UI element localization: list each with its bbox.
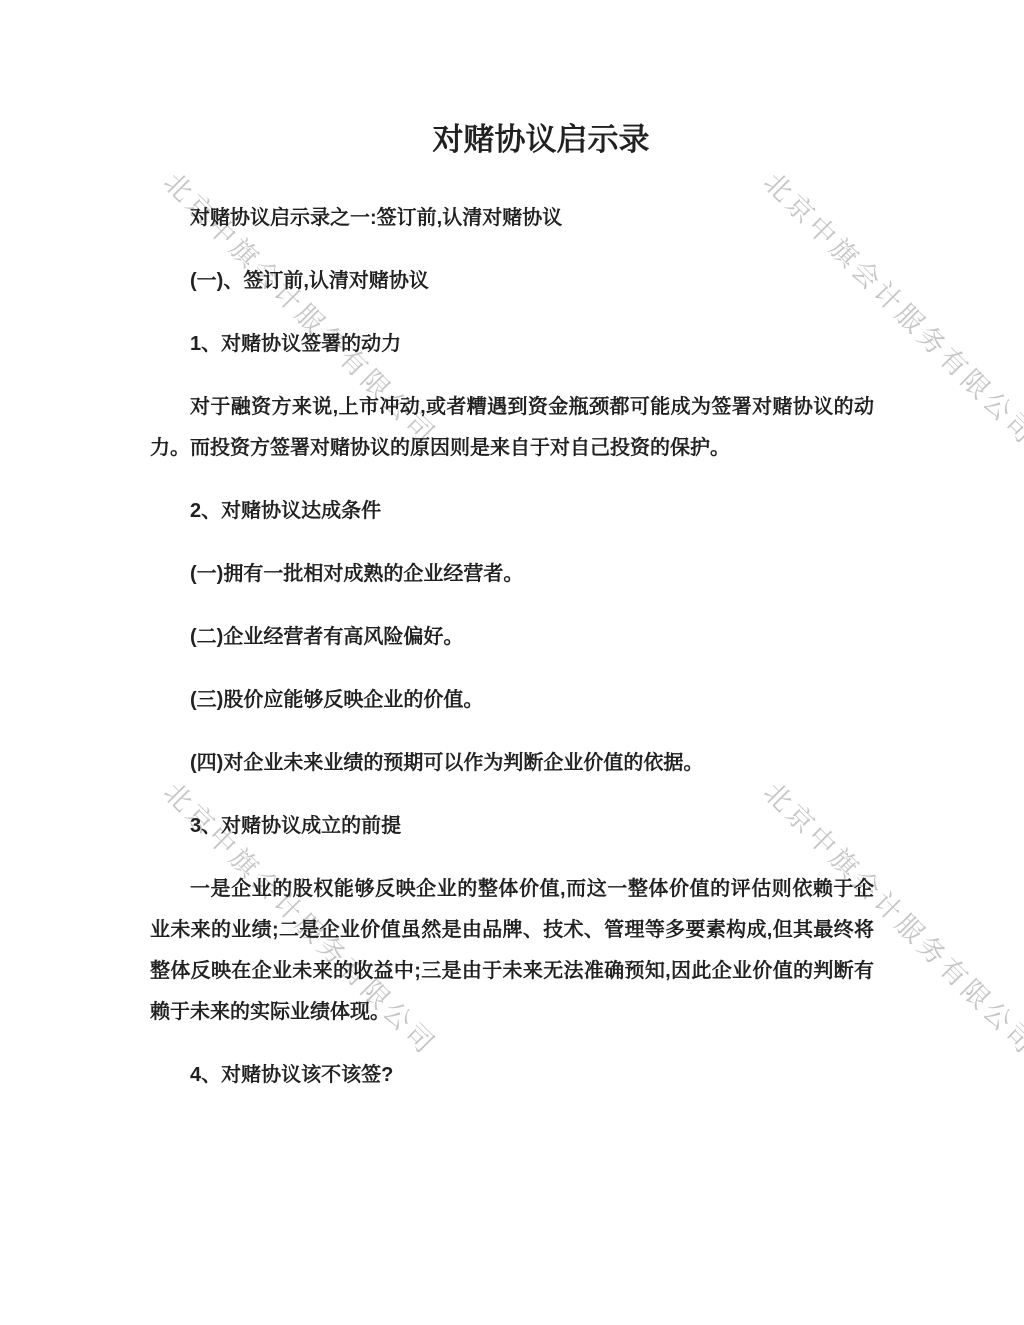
numbered-heading: 1、对赌协议签署的动力	[150, 324, 874, 365]
numbered-heading: 4、对赌协议该不该签?	[150, 1055, 874, 1096]
paragraph: 一是企业的股权能够反映企业的整体价值,而这一整体价值的评估则依赖于企 业未来的业…	[150, 869, 874, 1033]
numbered-heading: 3、对赌协议成立的前提	[150, 806, 874, 847]
paragraph: 对于融资方来说,上市冲动,或者糟遇到资金瓶颈都可能成为签署对赌协议的动 力。而投…	[150, 387, 874, 469]
list-item: (二)企业经营者有高风险偏好。	[150, 617, 874, 658]
paragraph-line: 一是企业的股权能够反映企业的整体价值,而这一整体价值的评估则依赖于企	[150, 869, 874, 910]
paragraph-line: 对于融资方来说,上市冲动,或者糟遇到资金瓶颈都可能成为签署对赌协议的动	[150, 387, 874, 428]
document-body: 对赌协议启示录 对赌协议启示录之一:签订前,认清对赌协议 (一)、签订前,认清对…	[150, 116, 874, 1118]
list-item: (一)拥有一批相对成熟的企业经营者。	[150, 554, 874, 595]
numbered-heading: 2、对赌协议达成条件	[150, 491, 874, 532]
paragraph-line: 赖于未来的实际业绩体现。	[150, 992, 874, 1033]
document-page: 北京中旗会计服务有限公司 北京中旗会计服务有限公司 北京中旗会计服务有限公司 北…	[0, 0, 1024, 1325]
subtitle-line: 对赌协议启示录之一:签订前,认清对赌协议	[150, 198, 874, 239]
list-item: (四)对企业未来业绩的预期可以作为判断企业价值的依据。	[150, 743, 874, 784]
paragraph-line: 业未来的业绩;二是企业价值虽然是由品牌、技术、管理等多要素构成,但其最终将	[150, 910, 874, 951]
section-heading: (一)、签订前,认清对赌协议	[150, 261, 874, 302]
paragraph-line: 力。而投资方签署对赌协议的原因则是来自于对自己投资的保护。	[150, 428, 874, 469]
paragraph-line: 整体反映在企业未来的收益中;三是由于未来无法准确预知,因此企业价值的判断有	[150, 951, 874, 992]
document-title: 对赌协议启示录	[179, 116, 903, 164]
list-item: (三)股价应能够反映企业的价值。	[150, 680, 874, 721]
